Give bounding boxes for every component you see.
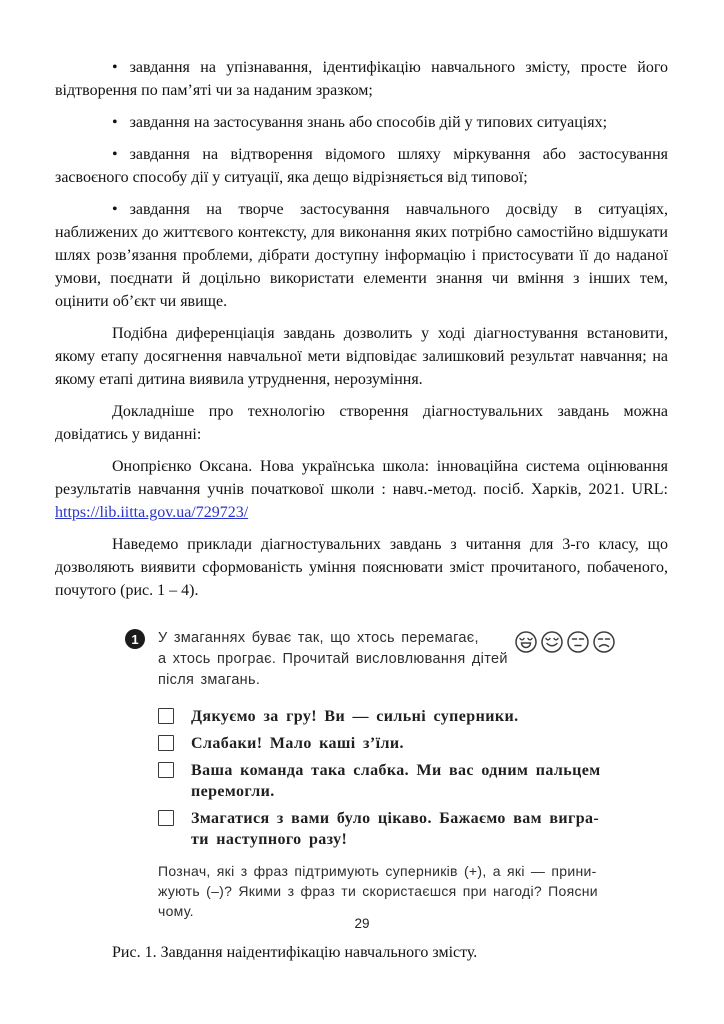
bullet-icon: • [112, 59, 118, 76]
figure-task-1: 1 У змаганнях буває так, що хтось перема… [125, 628, 622, 921]
reference-link[interactable]: https://lib.iitta.gov.ua/729723/ [55, 504, 248, 521]
answer-option-2: Слабаки! Мало каші з’їли. [158, 733, 622, 754]
paragraph-text: завдання на творче застосування навчальн… [55, 201, 668, 310]
smiling-face-icon [542, 632, 562, 652]
answer-options: Дякуємо за гру! Ви — сильні суперники. С… [158, 706, 622, 850]
bullet-paragraph-3: •завдання на відтворення відомого шляху … [55, 143, 668, 189]
figure-caption: Рис. 1. Завдання наідентифікацію навчаль… [55, 941, 668, 964]
checkbox[interactable] [158, 708, 174, 724]
emotion-faces [514, 630, 622, 654]
bullet-paragraph-2: •завдання на застосування знань або спос… [55, 111, 668, 134]
sad-face-icon [594, 632, 614, 652]
checkbox[interactable] [158, 735, 174, 751]
bullet-icon: • [112, 146, 118, 163]
task-number-badge: 1 [125, 629, 145, 649]
bullet-paragraph-4: •завдання на творче застосування навчаль… [55, 198, 668, 313]
reference-text: Онопрієнко Оксана. Нова українська школа… [55, 458, 668, 498]
neutral-face-icon [568, 632, 588, 652]
paragraph-text: завдання на упізнавання, ідентифікацію н… [55, 59, 668, 99]
task-note: Познач, які з фраз підтримують суперникі… [158, 861, 622, 921]
task-instruction: У змаганнях буває так, що хтось перемага… [158, 628, 513, 691]
page-number: 29 [0, 916, 724, 931]
paragraph-differentiation: Подібна диференціація завдань дозволить … [55, 322, 668, 391]
paragraph-examples-intro: Наведемо приклади діагностувальних завда… [55, 533, 668, 602]
laughing-face-icon [516, 632, 536, 652]
option-label: Слабаки! Мало каші з’їли. [191, 733, 404, 754]
option-label: Ваша команда така слабка. Ми вас одним п… [191, 760, 601, 802]
option-label: Дякуємо за гру! Ви — сильні суперники. [191, 706, 518, 727]
task-header: 1 У змаганнях буває так, що хтось перема… [125, 628, 622, 691]
bullet-icon: • [112, 201, 118, 218]
option-label: Змагатися з вами було цікаво. Бажаємо ва… [191, 808, 599, 850]
bullet-icon: • [112, 114, 118, 131]
answer-option-1: Дякуємо за гру! Ви — сильні суперники. [158, 706, 622, 727]
checkbox[interactable] [158, 762, 174, 778]
paragraph-text: завдання на відтворення відомого шляху м… [55, 146, 668, 186]
paragraph-more-details: Докладніше про технологію створення діаг… [55, 400, 668, 446]
document-page: •завдання на упізнавання, ідентифікацію … [0, 0, 724, 1024]
answer-option-3: Ваша команда така слабка. Ми вас одним п… [158, 760, 622, 802]
bullet-paragraph-1: •завдання на упізнавання, ідентифікацію … [55, 56, 668, 102]
paragraph-text: завдання на застосування знань або спосо… [130, 114, 607, 131]
checkbox[interactable] [158, 810, 174, 826]
answer-option-4: Змагатися з вами було цікаво. Бажаємо ва… [158, 808, 622, 850]
reference-paragraph: Онопрієнко Оксана. Нова українська школа… [55, 455, 668, 524]
page-content: •завдання на упізнавання, ідентифікацію … [0, 0, 724, 964]
